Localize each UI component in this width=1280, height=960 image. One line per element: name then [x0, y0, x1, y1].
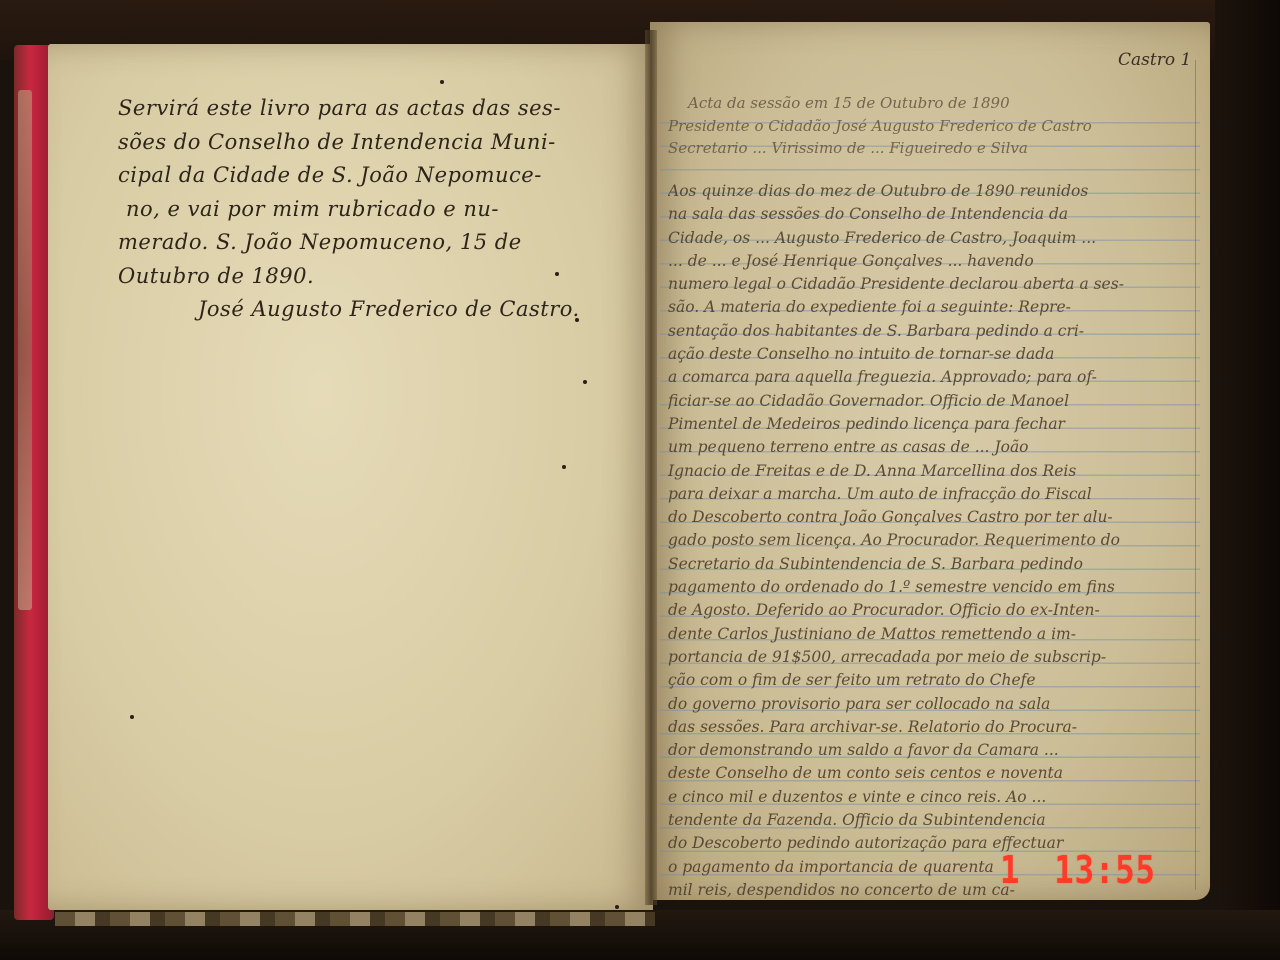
- timestamp-day: 1: [1000, 848, 1020, 892]
- body-line: ... de ... e José Henrique Gonçalves ...…: [668, 250, 1196, 273]
- body-line: deste Conselho de um conto seis centos e…: [668, 762, 1196, 785]
- marbled-page-edge: [55, 912, 655, 926]
- body-line: Cidade, os ... Augusto Frederico de Cast…: [668, 227, 1196, 250]
- body-line: Aos quinze dias do mez de Outubro de 189…: [668, 180, 1196, 203]
- body-line: e cinco mil e duzentos e vinte e cinco r…: [668, 786, 1196, 809]
- body-line: das sessões. Para archivar-se. Relatorio…: [668, 716, 1196, 739]
- folio-mark: Castro 1: [1118, 50, 1191, 70]
- header-line: Presidente o Cidadão José Augusto Freder…: [668, 115, 1188, 138]
- camera-timestamp: 113:55: [1000, 848, 1190, 892]
- left-line: Servirá este livro para as actas das ses…: [118, 92, 638, 126]
- minutes-header: Acta da sessão em 15 de Outubro de 1890 …: [668, 92, 1188, 160]
- body-line: dente Carlos Justiniano de Mattos remett…: [668, 623, 1196, 646]
- ink-speck: [615, 905, 619, 909]
- body-line: Ignacio de Freitas e de D. Anna Marcelli…: [668, 460, 1196, 483]
- body-line: Secretario da Subintendencia de S. Barba…: [668, 553, 1196, 576]
- book-gutter: [645, 30, 657, 905]
- minutes-body: Aos quinze dias do mez de Outubro de 189…: [668, 180, 1196, 902]
- body-line: na sala das sessões do Conselho de Inten…: [668, 203, 1196, 226]
- left-line: Outubro de 1890.: [118, 260, 638, 294]
- body-line: do governo provisorio para ser collocado…: [668, 693, 1196, 716]
- body-line: pagamento do ordenado do 1.º semestre ve…: [668, 576, 1196, 599]
- body-line: de Agosto. Deferido ao Procurador. Offic…: [668, 599, 1196, 622]
- body-line: sentação dos habitantes de S. Barbara pe…: [668, 320, 1196, 343]
- body-line: são. A materia do expediente foi a segui…: [668, 296, 1196, 319]
- left-line: merado. S. João Nepomuceno, 15 de: [118, 226, 638, 260]
- body-line: portancia de 91$500, arrecadada por meio…: [668, 646, 1196, 669]
- body-line: dor demonstrando um saldo a favor da Cam…: [668, 739, 1196, 762]
- timestamp-time: 13:55: [1054, 848, 1155, 892]
- body-line: ação deste Conselho no intuito de tornar…: [668, 343, 1196, 366]
- ink-speck: [440, 80, 444, 84]
- body-line: do Descoberto contra João Gonçalves Cast…: [668, 506, 1196, 529]
- header-line: Acta da sessão em 15 de Outubro de 1890: [668, 92, 1188, 115]
- ink-speck: [130, 715, 134, 719]
- signature: José Augusto Frederico de Castro.: [118, 293, 638, 327]
- body-line: gado posto sem licença. Ao Procurador. R…: [668, 529, 1196, 552]
- left-page-handwriting: Servirá este livro para as actas das ses…: [118, 92, 638, 327]
- ink-speck: [562, 465, 566, 469]
- body-line: ficiar-se ao Cidadão Governador. Officio…: [668, 390, 1196, 413]
- body-line: Pimentel de Medeiros pedindo licença par…: [668, 413, 1196, 436]
- body-line: tendente da Fazenda. Officio da Subinten…: [668, 809, 1196, 832]
- body-line: ção com o fim de ser feito um retrato do…: [668, 669, 1196, 692]
- left-line: no, e vai por mim rubricado e nu-: [118, 193, 638, 227]
- body-line: a comarca para aquella freguezia. Approv…: [668, 366, 1196, 389]
- cover-worn-spine: [18, 90, 32, 610]
- body-line: para deixar a marcha. Um auto de infracç…: [668, 483, 1196, 506]
- left-line: cipal da Cidade de S. João Nepomuce-: [118, 159, 638, 193]
- left-line: sões do Conselho de Intendencia Muni-: [118, 126, 638, 160]
- dark-background-right: [1215, 0, 1280, 960]
- body-line: um pequeno terreno entre as casas de ...…: [668, 436, 1196, 459]
- ink-speck: [583, 380, 587, 384]
- header-line: Secretario ... Virissimo de ... Figueire…: [668, 137, 1188, 160]
- body-line: numero legal o Cidadão Presidente declar…: [668, 273, 1196, 296]
